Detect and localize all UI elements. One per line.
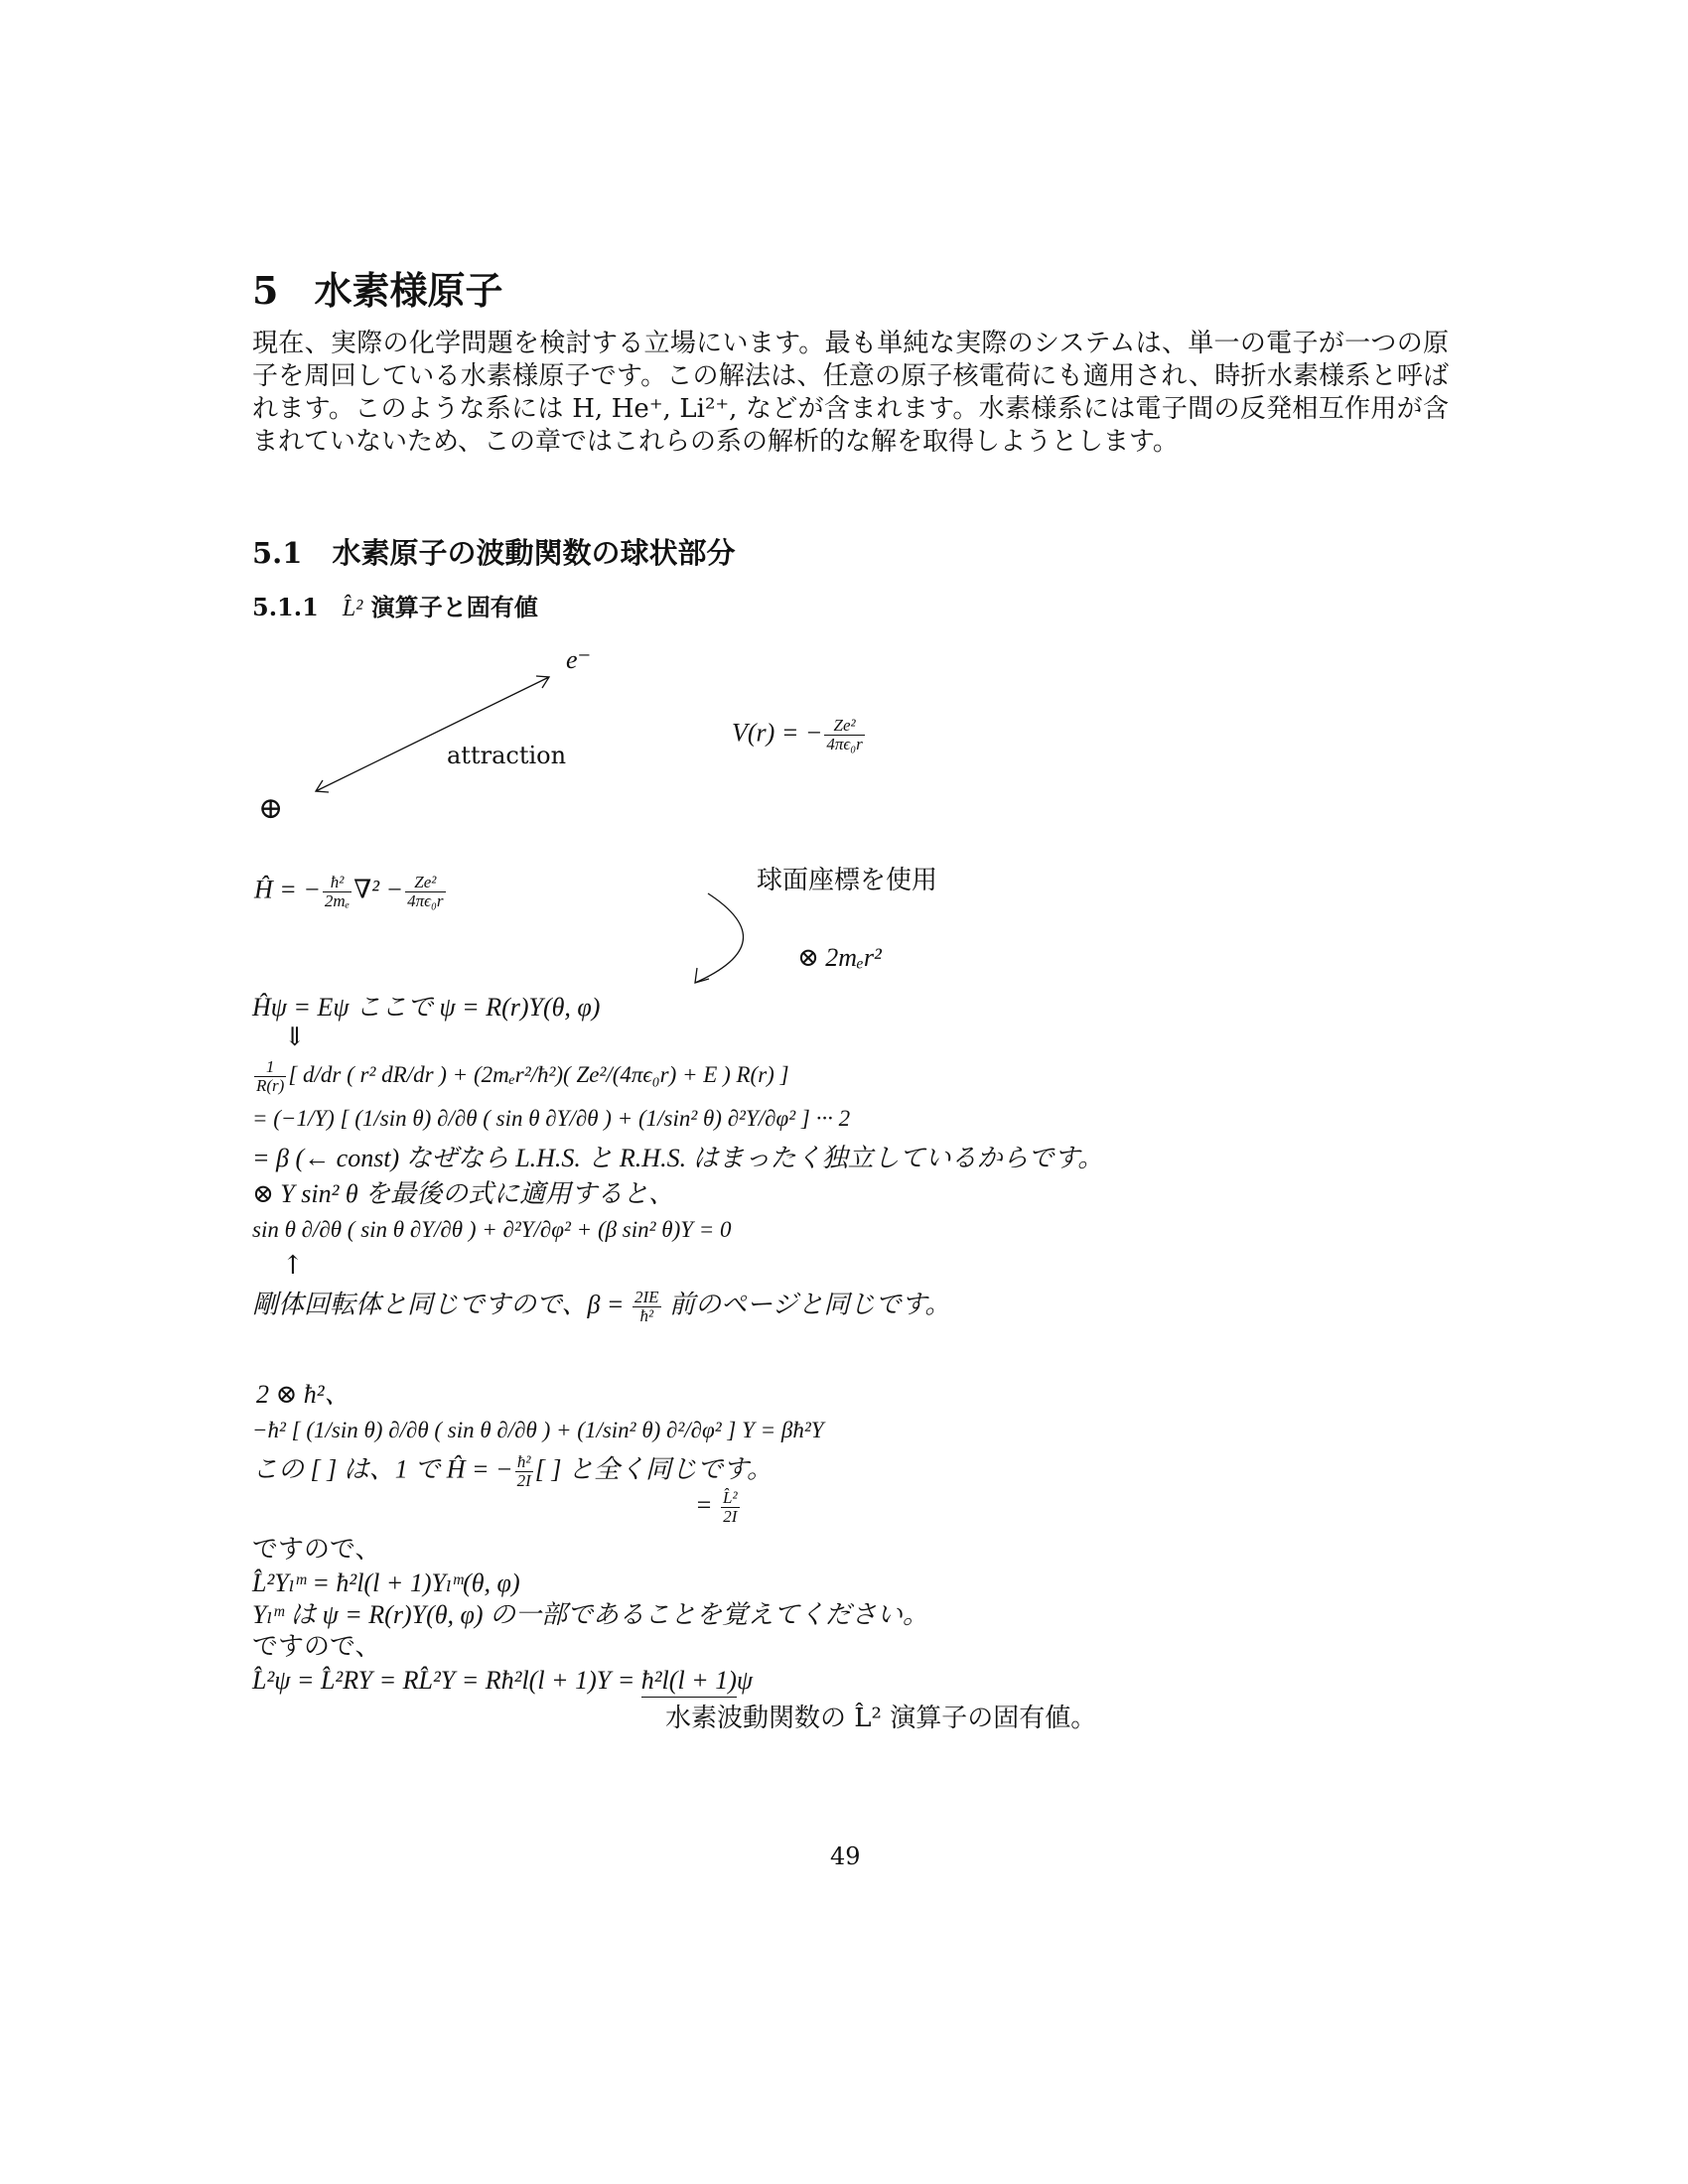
final-equation-main: L̂²ψ = L̂²RY = RL̂²Y = Rħ²l(l + 1)Y = [252, 1666, 641, 1695]
operator-equation: −ħ² [ (1/sin θ) ∂/∂θ ( sin θ ∂/∂θ ) + (1… [252, 1416, 824, 1445]
reminder-note: Yₗᵐ は ψ = R(r)Y(θ, φ) の一部であることを覚えてください。 [252, 1600, 928, 1630]
fraction-numerator: L̂² [721, 1489, 740, 1507]
eigenvalue-underlined: ħ²l(l + 1) [641, 1666, 737, 1698]
potential-equation: V(r) = −Ze²4πϵ₀r [732, 717, 867, 753]
fraction-denominator: 2mₑ [323, 891, 352, 910]
fraction-denominator: 4πϵ₀r [824, 735, 864, 753]
therefore-1: ですので、 [252, 1535, 380, 1565]
eigenvalue-caption: 水素波動関数の L̂² 演算子の固有値。 [665, 1704, 1096, 1733]
angular-equation-simplified: sin θ ∂/∂θ ( sin θ ∂Y/∂θ ) + ∂²Y/∂φ² + (… [252, 1215, 732, 1245]
comparison-line: この [ ] は、1 で Ĥ = −ħ²2I[ ] と全く同じです。 [252, 1453, 773, 1490]
comparison-prefix: この [ ] は、1 で Ĥ = − [252, 1454, 513, 1483]
implies-arrow-icon: ⇓ [284, 1023, 306, 1052]
multiply-step: ⊗ Y sin² θ を最後の式に適用すると、 [252, 1179, 674, 1209]
potential-fraction: Ze²4πϵ₀r [405, 874, 445, 910]
multiply-hbar-step: 2 ⊗ ħ²、 [256, 1380, 351, 1410]
fraction-denominator: R(r) [254, 1076, 286, 1095]
hamiltonian-equation: Ĥ = −ħ²2mₑ∇² −Ze²4πϵ₀r [254, 874, 448, 910]
hamiltonian-fraction: ħ²2I [515, 1453, 533, 1490]
attraction-label: attraction [447, 741, 566, 770]
rigid-rotor-suffix: 前のページと同じです。 [669, 1290, 950, 1318]
l-squared-equivalence: = L̂²2I [695, 1489, 742, 1526]
curved-arrowhead-icon [695, 968, 709, 983]
radial-equation: 1R(r)[ d/dr ( r² dR/dr ) + (2mₑr²/ħ²)( Z… [252, 1058, 789, 1095]
curved-arrow-line [695, 893, 744, 983]
hamiltonian-lhs: Ĥ = − [254, 875, 321, 903]
fraction-denominator: 4πϵ₀r [405, 891, 445, 910]
final-equation: L̂²ψ = L̂²RY = RL̂²Y = Rħ²l(l + 1)Y = ħ²… [252, 1666, 753, 1696]
rigid-rotor-note: 剛体回転体と同じですので、β = 2IEħ² 前のページと同じです。 [252, 1289, 950, 1325]
schrodinger-equation: Ĥψ = Eψ ここで ψ = R(r)Y(θ, φ) [252, 993, 600, 1023]
spherical-coordinates-note: 球面座標を使用 [757, 866, 937, 895]
electron-label: e⁻ [566, 645, 591, 675]
potential-fraction: Ze²4πϵ₀r [824, 717, 864, 753]
comparison-suffix: [ ] と全く同じです。 [535, 1454, 773, 1483]
fraction-numerator: 2IE [633, 1289, 661, 1306]
up-arrow-icon: ↑ [282, 1251, 304, 1281]
fraction-numerator: Ze² [824, 717, 864, 735]
fraction-numerator: ħ² [323, 874, 352, 891]
prefix-fraction: 1R(r) [254, 1058, 286, 1095]
fraction-numerator: 1 [254, 1058, 286, 1076]
therefore-2: ですので、 [252, 1632, 380, 1662]
fraction-numerator: Ze² [405, 874, 445, 891]
multiply-note: ⊗ 2mₑr² [797, 943, 882, 973]
page-number: 49 [830, 1843, 861, 1870]
l-squared-fraction: L̂²2I [721, 1489, 740, 1526]
fraction-denominator: ħ² [633, 1306, 661, 1325]
potential-lhs: V(r) = − [732, 718, 822, 747]
kinetic-fraction: ħ²2mₑ [323, 874, 352, 910]
final-equation-tail: ψ [737, 1666, 753, 1695]
radial-equation-body: [ d/dr ( r² dR/dr ) + (2mₑr²/ħ²)( Ze²/(4… [288, 1062, 788, 1087]
fraction-denominator: 2I [721, 1507, 740, 1526]
nucleus-icon: ⊕ [258, 794, 283, 824]
fraction-numerator: ħ² [515, 1453, 533, 1471]
angular-equation: = (−1/Y) [ (1/sin θ) ∂/∂θ ( sin θ ∂Y/∂θ … [252, 1104, 850, 1134]
equals-sign: = [695, 1490, 719, 1519]
hamiltonian-mid: ∇² − [353, 875, 403, 903]
fraction-denominator: 2I [515, 1471, 533, 1490]
eigenvalue-equation: L̂²Yₗᵐ = ħ²l(l + 1)Yₗᵐ(θ, φ) [252, 1569, 520, 1598]
beta-definition: = β (← const) なぜなら L.H.S. と R.H.S. はまったく… [252, 1144, 1103, 1173]
attraction-arrow-line [316, 677, 549, 791]
beta-fraction: 2IEħ² [633, 1289, 661, 1325]
rigid-rotor-prefix: 剛体回転体と同じですので、β = [252, 1290, 631, 1318]
